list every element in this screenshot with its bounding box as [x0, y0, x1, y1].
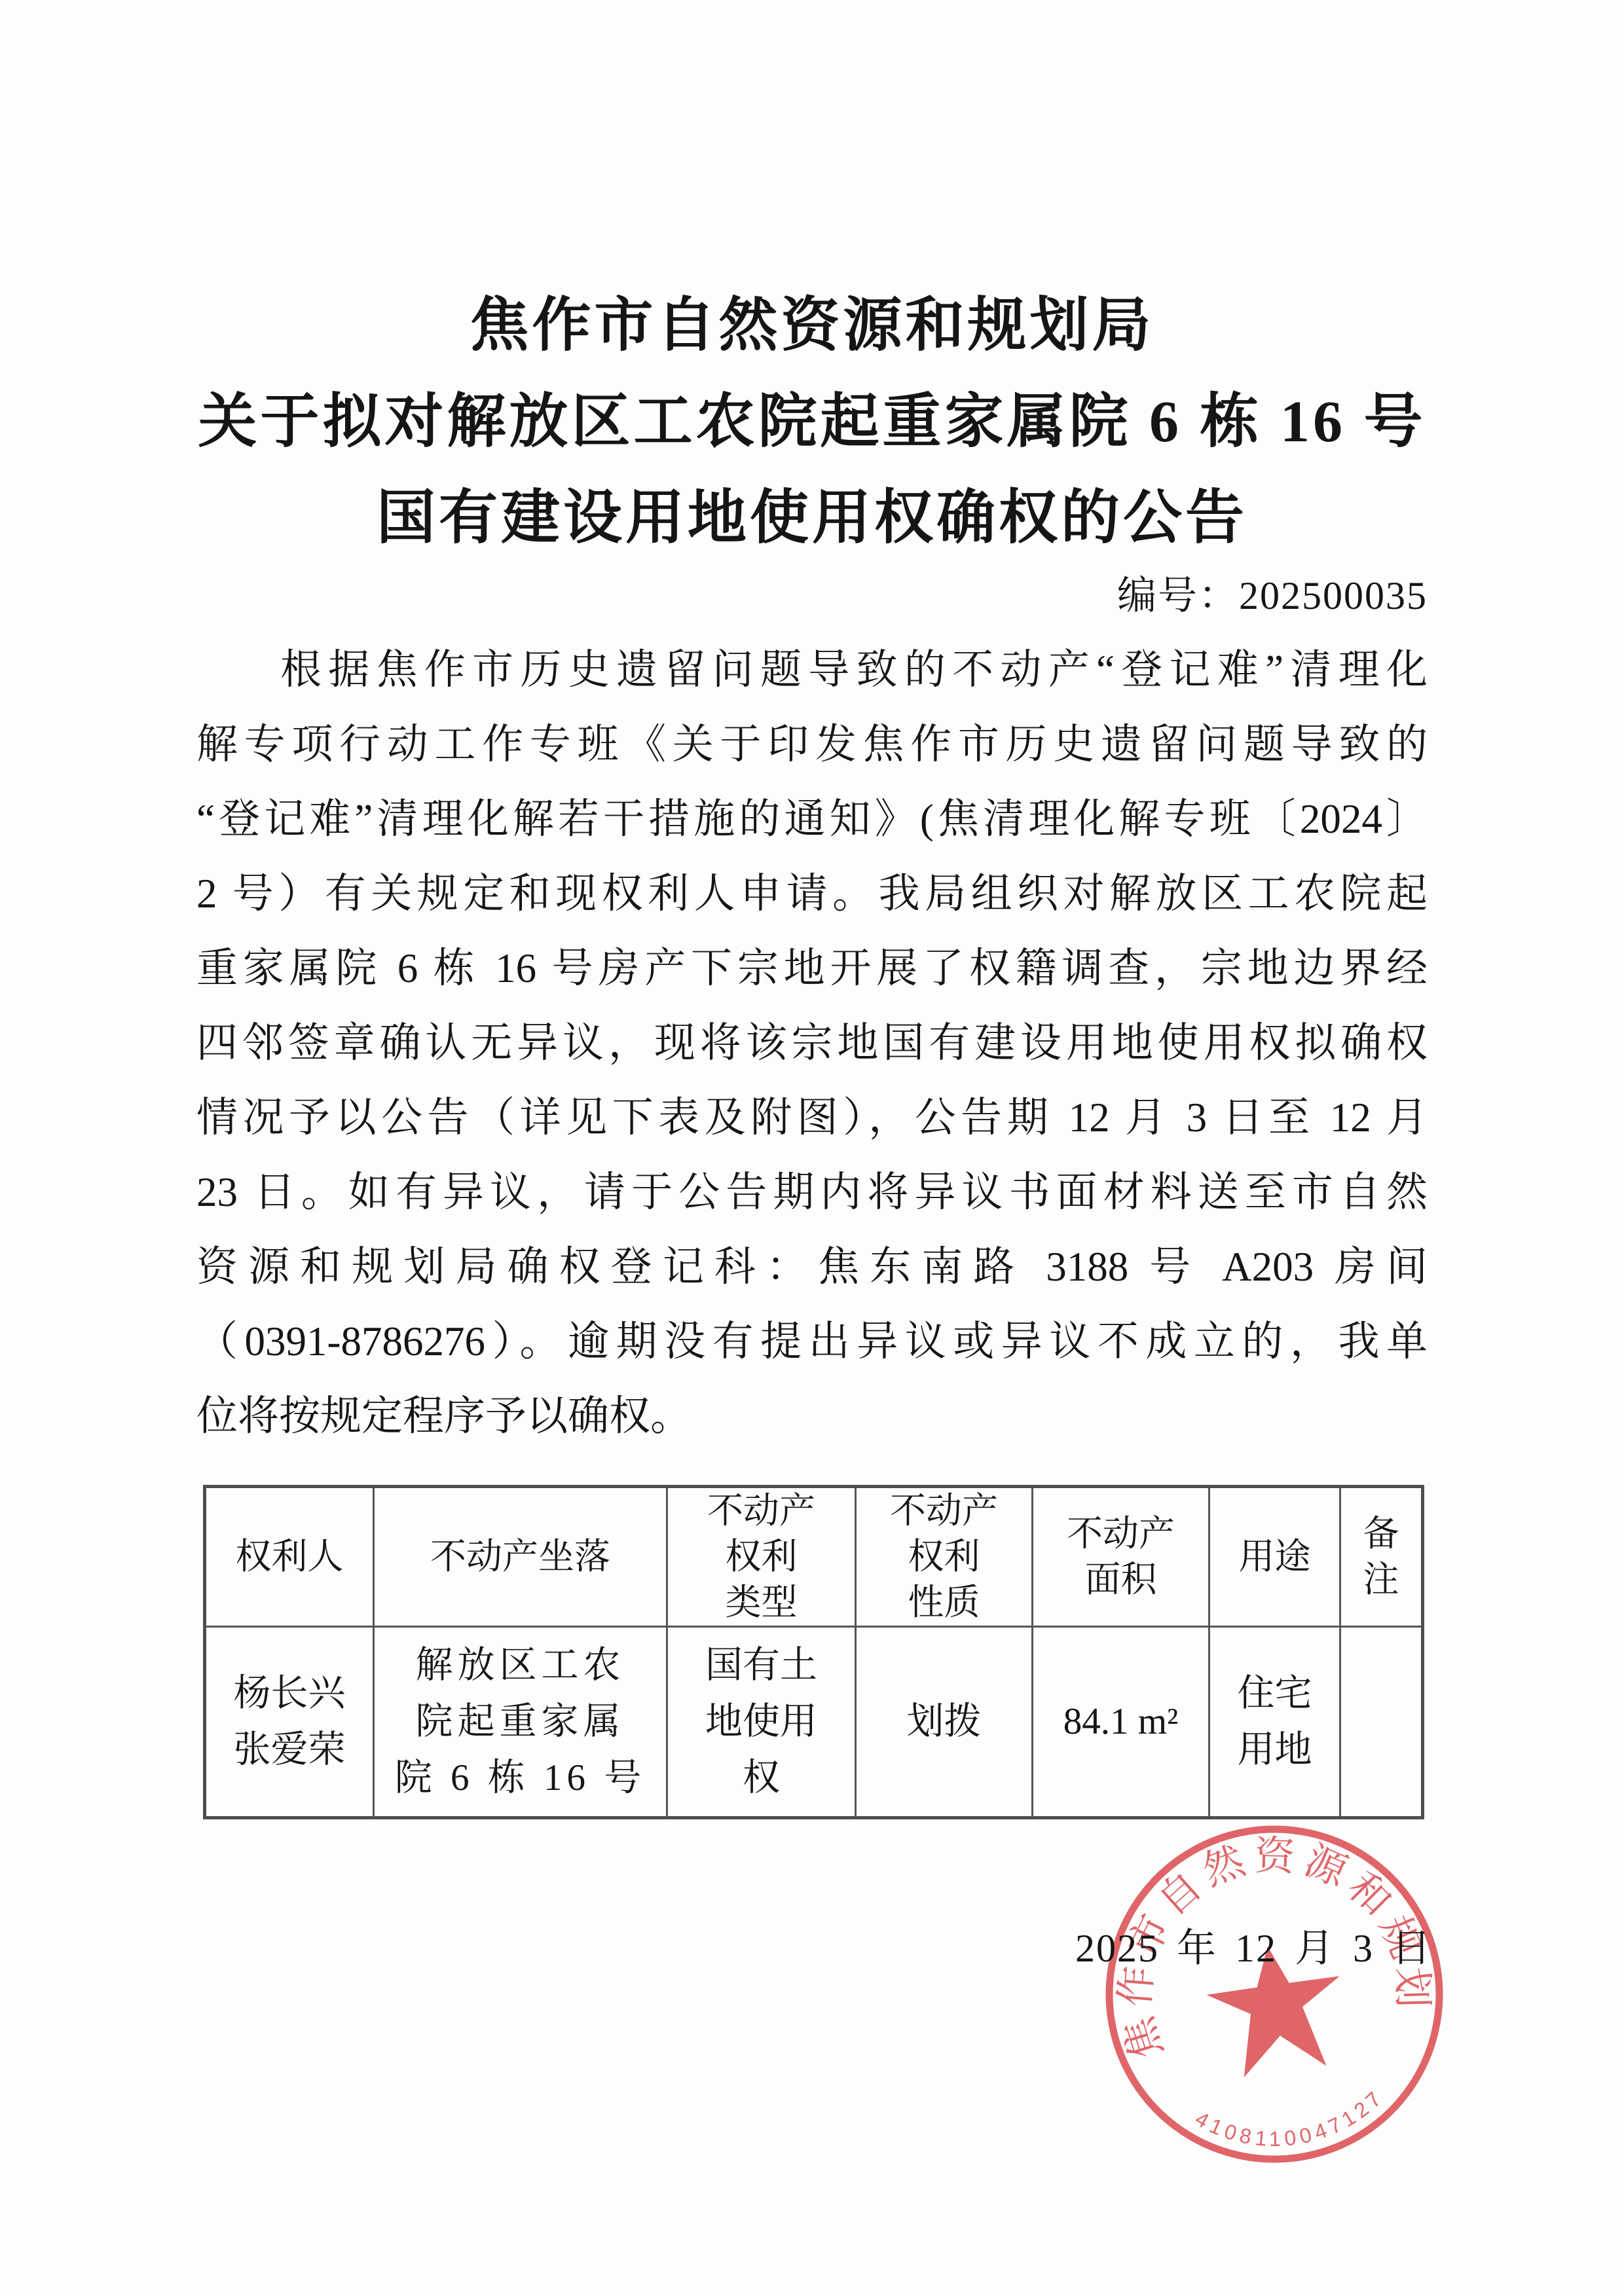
col-header-right-holder: 权利人: [205, 1487, 374, 1627]
body-line: “登记难”清理化解若干措施的通知》(焦清理化解专班〔2024〕: [196, 782, 1428, 856]
cell-right-nature: 划拨: [856, 1627, 1033, 1818]
body-line: 2 号）有关规定和现权利人申请。我局组织对解放区工农院起: [196, 856, 1428, 931]
title-line-agency: 焦作市自然资源和规划局: [0, 278, 1624, 374]
issue-date: 2025 年 12 月 3 日: [1075, 1917, 1432, 1973]
body-line: 根据焦作市历史遗留问题导致的不动产“登记难”清理化: [196, 632, 1428, 707]
cell-property-area: 84.1 m²: [1033, 1627, 1209, 1818]
col-header-right-nature: 不动产 权利 性质: [856, 1487, 1033, 1627]
table-row: 杨长兴 张爱荣 解放区工农 院起重家属 院 6 栋 16 号 国有土 地使用 权…: [205, 1627, 1423, 1818]
cell-usage: 住宅 用地: [1209, 1627, 1340, 1818]
cell-right-type: 国有土 地使用 权: [667, 1627, 856, 1818]
body-line: 重家属院 6 栋 16 号房产下宗地开展了权籍调查，宗地边界经: [196, 931, 1428, 1006]
body-line: 位将按规定程序予以确权。: [196, 1379, 1428, 1453]
body-line: 四邻签章确认无异议，现将该宗地国有建设用地使用权拟确权: [196, 1006, 1428, 1080]
col-header-usage: 用途: [1209, 1487, 1340, 1627]
cell-remarks: [1340, 1627, 1423, 1818]
col-header-property-location: 不动产坐落: [374, 1487, 667, 1627]
col-header-remarks: 备 注: [1340, 1487, 1423, 1627]
table-header-row: 权利人 不动产坐落 不动产 权利 类型 不动产 权利 性质 不动产 面积 用途 …: [205, 1487, 1423, 1627]
body-line: 情况予以公告（详见下表及附图），公告期 12 月 3 日至 12 月: [196, 1080, 1428, 1155]
title-line-subject: 关于拟对解放区工农院起重家属院 6 栋 16 号: [0, 374, 1624, 470]
body-paragraph: 根据焦作市历史遗留问题导致的不动产“登记难”清理化 解专项行动工作专班《关于印发…: [196, 632, 1428, 1453]
scanned-announcement-page: 焦作市自然资源和规划局 关于拟对解放区工农院起重家属院 6 栋 16 号 国有建…: [0, 0, 1624, 2296]
body-line: 23 日。如有异议，请于公告期内将异议书面材料送至市自然: [196, 1155, 1428, 1230]
confirmation-table: 权利人 不动产坐落 不动产 权利 类型 不动产 权利 性质 不动产 面积 用途 …: [203, 1485, 1424, 1819]
title-line-type: 国有建设用地使用权确权的公告: [0, 470, 1624, 566]
cell-property-location: 解放区工农 院起重家属 院 6 栋 16 号: [374, 1627, 667, 1818]
body-line: （0391-8786276）。逾期没有提出异议或异议不成立的，我单: [196, 1304, 1428, 1379]
official-seal: 焦作市自然资源和规划局 4108110047127: [1067, 1787, 1481, 2201]
document-title: 焦作市自然资源和规划局 关于拟对解放区工农院起重家属院 6 栋 16 号 国有建…: [0, 278, 1624, 566]
cell-right-holder: 杨长兴 张爱荣: [205, 1627, 374, 1818]
col-header-property-area: 不动产 面积: [1033, 1487, 1209, 1627]
document-number: 编号：202500035: [1117, 564, 1428, 621]
body-line: 资源和规划局确权登记科：焦东南路 3188 号 A203 房间: [196, 1230, 1428, 1304]
body-line: 解专项行动工作专班《关于印发焦作市历史遗留问题导致的: [196, 707, 1428, 782]
col-header-right-type: 不动产 权利 类型: [667, 1487, 856, 1627]
